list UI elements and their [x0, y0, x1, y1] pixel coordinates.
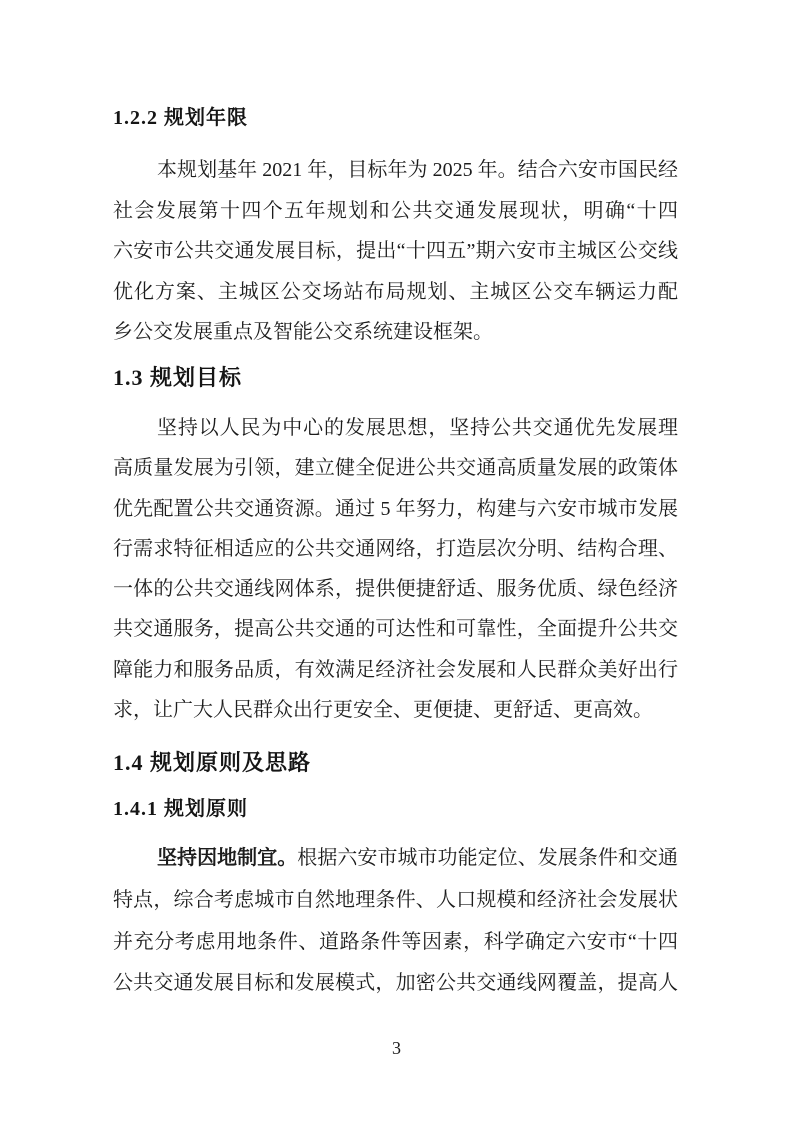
paragraph-line: 优化方案、主城区公交场站布局规划、主城区公交车辆运力配置、城 — [113, 272, 678, 313]
page-number: 3 — [0, 1036, 793, 1060]
section-heading-1-4-1: 1.4.1 规划原则 — [113, 791, 678, 827]
paragraph-line: 特点，综合考虑城市自然地理条件、人口规模和经济社会发展状况， — [113, 880, 678, 922]
paragraph-line: 障能力和服务品质，有效满足经济社会发展和人民群众美好出行需 — [113, 650, 678, 690]
paragraph-line: 求，让广大人民群众出行更安全、更便捷、更舒适、更高效。 — [113, 690, 678, 730]
paragraph-line: 高质量发展为引领，建立健全促进公共交通高质量发展的政策体系， — [113, 448, 678, 488]
paragraph-line: 行需求特征相适应的公共交通网络，打造层次分明、结构合理、协调 — [113, 529, 678, 569]
paragraph-line: 优先配置公共交通资源。通过 5 年努力，构建与六安市城市发展和出 — [113, 489, 678, 529]
paragraph-planning-goals: 坚持以人民为中心的发展思想，坚持公共交通优先发展理念，以 高质量发展为引领，建立… — [113, 408, 678, 730]
section-heading-1-2-2: 1.2.2 规划年限 — [113, 100, 678, 136]
paragraph-planning-horizon: 本规划基年 2021 年，目标年为 2025 年。结合六安市国民经济和 社会发展… — [113, 150, 678, 353]
paragraph-line: 坚持以人民为中心的发展思想，坚持公共交通优先发展理念，以 — [113, 408, 678, 448]
bold-lead-text: 坚持因地制宜。 — [157, 847, 297, 869]
section-heading-1-3: 1.3 规划目标 — [113, 360, 678, 396]
paragraph-line: 公共交通发展目标和发展模式，加密公共交通线网覆盖，提高人民群 — [113, 963, 678, 1005]
paragraph-line: 本规划基年 2021 年，目标年为 2025 年。结合六安市国民经济和 — [113, 150, 678, 191]
paragraph-planning-principles: 坚持因地制宜。根据六安市城市功能定位、发展条件和交通需求 特点，综合考虑城市自然… — [113, 838, 678, 1005]
section-heading-1-4: 1.4 规划原则及思路 — [113, 745, 678, 781]
document-page: 1.2.2 规划年限 本规划基年 2021 年，目标年为 2025 年。结合六安… — [0, 0, 793, 1122]
paragraph-line: 并充分考虑用地条件、道路条件等因素，科学确定六安市“十四五” — [113, 922, 678, 964]
paragraph-line: 乡公交发展重点及智能公交系统建设框架。 — [113, 312, 678, 353]
paragraph-line: 一体的公共交通线网体系，提供便捷舒适、服务优质、绿色经济的公 — [113, 569, 678, 609]
paragraph-line: 坚持因地制宜。根据六安市城市功能定位、发展条件和交通需求 — [113, 838, 678, 880]
paragraph-line: 共交通服务，提高公共交通的可达性和可靠性，全面提升公共交通保 — [113, 609, 678, 649]
paragraph-line: 六安市公共交通发展目标，提出“十四五”期六安市主城区公交线网 — [113, 231, 678, 272]
paragraph-line: 社会发展第十四个五年规划和公共交通发展现状，明确“十四五”期 — [113, 191, 678, 232]
